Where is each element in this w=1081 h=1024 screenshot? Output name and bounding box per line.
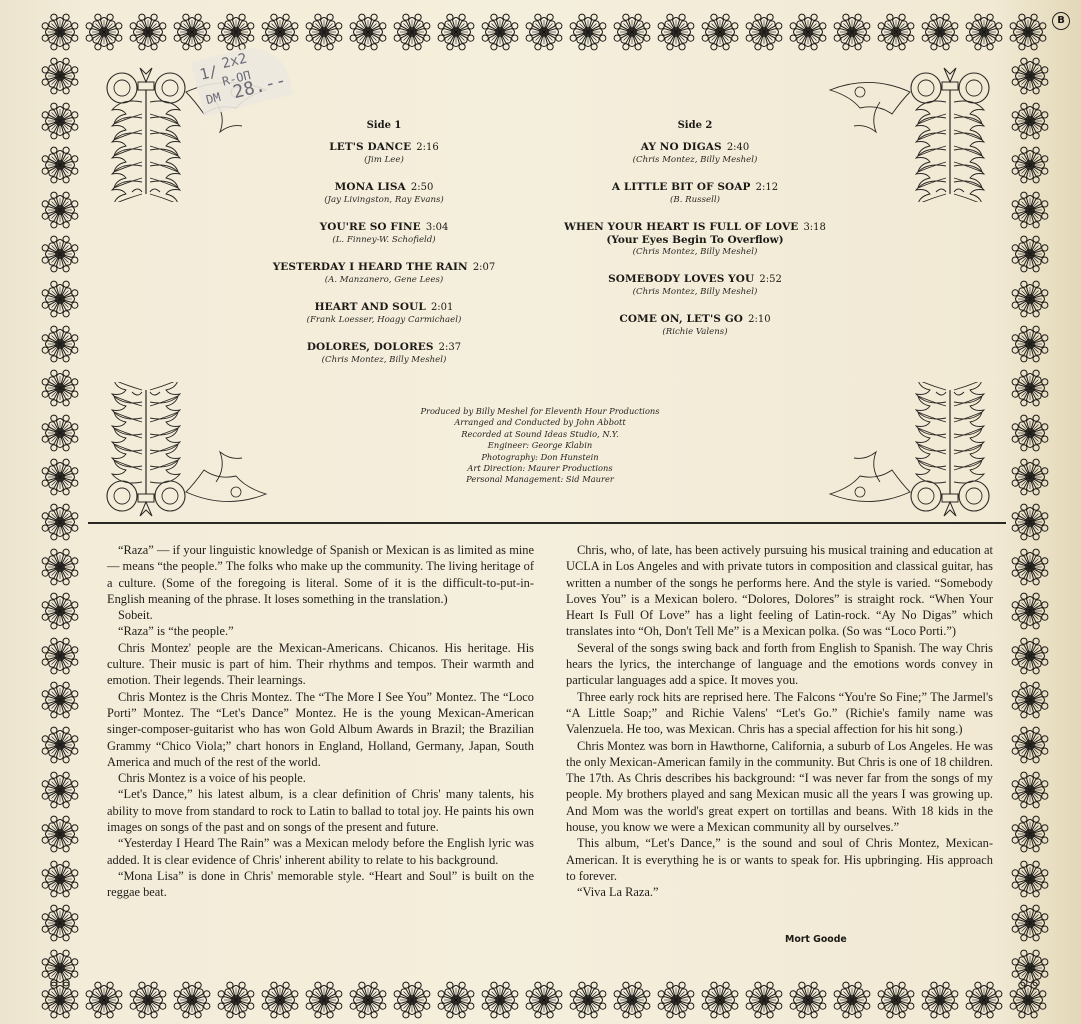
- side-1-tracklist: Side 1 LET'S DANCE 2:16(Jim Lee)MONA LIS…: [232, 120, 536, 379]
- liner-note-paragraph: Sobeit.: [107, 607, 534, 623]
- rosette-icon: [1008, 634, 1052, 679]
- credit-line: Engineer: George Klabin: [380, 440, 700, 451]
- track-duration: 2:12: [756, 182, 778, 193]
- rosette-border-right: [1008, 54, 1052, 990]
- rosette-icon: [38, 411, 82, 456]
- liner-note-paragraph: Chris Montez is the Chris Montez. The “T…: [107, 689, 534, 770]
- rosette-icon: [566, 10, 610, 54]
- track-songwriters: (Richie Valens): [530, 326, 860, 338]
- rosette-icon: [654, 10, 698, 54]
- rosette-icon: [1008, 54, 1052, 99]
- track-duration: 2:07: [473, 262, 495, 273]
- track-entry: SOMEBODY LOVES YOU 2:52(Chris Montez, Bi…: [530, 271, 860, 298]
- rosette-icon: [38, 322, 82, 367]
- track-title: HEART AND SOUL: [315, 301, 426, 313]
- author-signature: Mort Goode: [785, 934, 847, 945]
- track-duration: 2:37: [439, 342, 461, 353]
- rosette-icon: [38, 678, 82, 723]
- track-entry: YESTERDAY I HEARD THE RAIN 2:07(A. Manza…: [232, 259, 536, 286]
- rosette-icon: [830, 10, 874, 54]
- track-entry: DOLORES, DOLORES 2:37(Chris Montez, Bill…: [232, 339, 536, 366]
- rosette-icon: [38, 277, 82, 322]
- rosette-icon: [1008, 455, 1052, 500]
- rosette-icon: [38, 500, 82, 545]
- track-title: AY NO DIGAS: [641, 141, 722, 153]
- side-2-tracklist: Side 2 AY NO DIGAS 2:40(Chris Montez, Bi…: [530, 120, 860, 351]
- liner-note-paragraph: Chris Montez is a voice of his people.: [107, 770, 534, 786]
- rosette-icon: [38, 99, 82, 144]
- credit-line: Photography: Don Hunstein: [380, 452, 700, 463]
- track-entry: LET'S DANCE 2:16(Jim Lee): [232, 139, 536, 166]
- rosette-icon: [38, 901, 82, 946]
- rosette-icon: [302, 10, 346, 54]
- rosette-icon: [38, 366, 82, 411]
- track-songwriters: (Chris Montez, Billy Meshel): [232, 354, 536, 366]
- rosette-icon: [170, 10, 214, 54]
- rosette-icon: [1008, 901, 1052, 946]
- credit-line: Art Direction: Maurer Productions: [380, 463, 700, 474]
- track-duration: 2:52: [759, 274, 781, 285]
- track-duration: 3:18: [803, 222, 825, 233]
- liner-note-paragraph: Three early rock hits are reprised here.…: [566, 689, 993, 738]
- rosette-icon: [1008, 143, 1052, 188]
- rosette-icon: [522, 10, 566, 54]
- track-title: DOLORES, DOLORES: [307, 341, 434, 353]
- rosette-icon: [962, 10, 1006, 54]
- rosette-icon: [38, 54, 82, 99]
- rosette-icon: [1008, 500, 1052, 545]
- liner-notes-left-column: “Raza” — if your linguistic knowledge of…: [107, 542, 534, 901]
- rosette-icon: [38, 455, 82, 500]
- rosette-icon: [258, 10, 302, 54]
- rosette-icon: [1008, 589, 1052, 634]
- track-entry: YOU'RE SO FINE 3:04(L. Finney-W. Schofie…: [232, 219, 536, 246]
- track-entry: HEART AND SOUL 2:01(Frank Loesser, Hoagy…: [232, 299, 536, 326]
- liner-note-paragraph: “Viva La Raza.”: [566, 884, 993, 900]
- track-songwriters: (Chris Montez, Billy Meshel): [530, 246, 860, 258]
- track-songwriters: (Jim Lee): [232, 154, 536, 166]
- rosette-icon: [214, 978, 258, 1022]
- rosette-icon: [874, 10, 918, 54]
- rosette-icon: [874, 978, 918, 1022]
- rosette-icon: [38, 10, 82, 54]
- track-duration: 2:10: [748, 314, 770, 325]
- rosette-icon: [786, 978, 830, 1022]
- rosette-icon: [1006, 10, 1050, 54]
- rosette-icon: [126, 978, 170, 1022]
- rosette-icon: [786, 10, 830, 54]
- track-duration: 2:50: [411, 182, 433, 193]
- divider-rule: [88, 522, 1006, 524]
- track-entry: COME ON, LET'S GO 2:10(Richie Valens): [530, 311, 860, 338]
- rosette-icon: [82, 978, 126, 1022]
- rosette-icon: [38, 946, 82, 991]
- track-title: SOMEBODY LOVES YOU: [608, 273, 754, 285]
- track-title: MONA LISA: [335, 181, 406, 193]
- rosette-icon: [698, 978, 742, 1022]
- rosette-icon: [918, 10, 962, 54]
- track-subtitle: (Your Eyes Begin To Overflow): [530, 234, 860, 246]
- track-entry: WHEN YOUR HEART IS FULL OF LOVE 3:18(You…: [530, 219, 860, 258]
- track-duration: 2:01: [431, 302, 453, 313]
- track-songwriters: (Chris Montez, Billy Meshel): [530, 286, 860, 298]
- rosette-icon: [38, 589, 82, 634]
- rosette-icon: [302, 978, 346, 1022]
- rosette-icon: [1008, 188, 1052, 233]
- rosette-icon: [1008, 946, 1052, 991]
- track-entry: MONA LISA 2:50(Jay Livingston, Ray Evans…: [232, 179, 536, 206]
- rosette-icon: [390, 10, 434, 54]
- track-title: A LITTLE BIT OF SOAP: [612, 181, 751, 193]
- rosette-icon: [38, 812, 82, 857]
- track-entry: AY NO DIGAS 2:40(Chris Montez, Billy Mes…: [530, 139, 860, 166]
- rosette-icon: [962, 978, 1006, 1022]
- track-duration: 2:16: [416, 142, 438, 153]
- track-songwriters: (B. Russell): [530, 194, 860, 206]
- rosette-icon: [38, 768, 82, 813]
- sticker-text: DM: [205, 90, 222, 107]
- rosette-icon: [346, 10, 390, 54]
- track-entry: A LITTLE BIT OF SOAP 2:12(B. Russell): [530, 179, 860, 206]
- floral-ornament-bottom-right: [820, 382, 1000, 522]
- liner-note-paragraph: Chris Montez was born in Hawthorne, Cali…: [566, 738, 993, 836]
- production-credits: Produced by Billy Meshel for Eleventh Ho…: [380, 406, 700, 486]
- rosette-icon: [522, 978, 566, 1022]
- liner-note-paragraph: Chris, who, of late, has been actively p…: [566, 542, 993, 640]
- rosette-icon: [38, 723, 82, 768]
- rosette-icon: [1008, 812, 1052, 857]
- liner-note-paragraph: “Raza” is “the people.”: [107, 623, 534, 639]
- rosette-icon: [1008, 678, 1052, 723]
- floral-ornament-bottom-left: [96, 382, 276, 522]
- rosette-icon: [38, 232, 82, 277]
- liner-note-paragraph: This album, “Let's Dance,” is the sound …: [566, 835, 993, 884]
- track-title: YESTERDAY I HEARD THE RAIN: [273, 261, 468, 273]
- rosette-icon: [654, 978, 698, 1022]
- rosette-icon: [1008, 545, 1052, 590]
- rosette-icon: [82, 10, 126, 54]
- rosette-icon: [258, 978, 302, 1022]
- rosette-icon: [38, 634, 82, 679]
- rosette-icon: [610, 10, 654, 54]
- track-title: COME ON, LET'S GO: [619, 313, 743, 325]
- liner-note-paragraph: “Raza” — if your linguistic knowledge of…: [107, 542, 534, 607]
- rosette-icon: [1008, 277, 1052, 322]
- track-songwriters: (Chris Montez, Billy Meshel): [530, 154, 860, 166]
- rosette-icon: [38, 188, 82, 233]
- track-duration: 3:04: [426, 222, 448, 233]
- track-duration: 2:40: [727, 142, 749, 153]
- rosette-icon: [1008, 411, 1052, 456]
- track-songwriters: (A. Manzanero, Gene Lees): [232, 274, 536, 286]
- liner-note-paragraph: “Let's Dance,” his latest album, is a cl…: [107, 786, 534, 835]
- track-songwriters: (L. Finney-W. Schofield): [232, 234, 536, 246]
- rosette-icon: [1008, 366, 1052, 411]
- liner-notes-right-column: Chris, who, of late, has been actively p…: [566, 542, 993, 901]
- rosette-icon: [170, 978, 214, 1022]
- track-title: LET'S DANCE: [329, 141, 411, 153]
- track-songwriters: (Frank Loesser, Hoagy Carmichael): [232, 314, 536, 326]
- rosette-icon: [742, 10, 786, 54]
- credit-line: Recorded at Sound Ideas Studio, N.Y.: [380, 429, 700, 440]
- rosette-icon: [478, 978, 522, 1022]
- rosette-border-top: [38, 10, 1050, 54]
- rosette-icon: [830, 978, 874, 1022]
- rosette-border-bottom: [38, 978, 1050, 1022]
- rosette-icon: [610, 978, 654, 1022]
- rosette-border-left: [38, 54, 82, 990]
- rosette-icon: [434, 10, 478, 54]
- sticker-text: 1/: [198, 62, 220, 84]
- rosette-icon: [126, 10, 170, 54]
- rosette-icon: [918, 978, 962, 1022]
- credit-line: Personal Management: Sid Maurer: [380, 474, 700, 485]
- rosette-icon: [390, 978, 434, 1022]
- rosette-icon: [1008, 322, 1052, 367]
- track-title: YOU'RE SO FINE: [320, 221, 421, 233]
- liner-note-paragraph: “Mona Lisa” is done in Chris' memorable …: [107, 868, 534, 901]
- record-label-mark-icon: B: [1052, 12, 1070, 30]
- track-title: WHEN YOUR HEART IS FULL OF LOVE: [564, 221, 798, 233]
- side-heading: Side 1: [232, 120, 536, 131]
- liner-note-paragraph: “Yesterday I Heard The Rain” was a Mexic…: [107, 835, 534, 868]
- rosette-icon: [38, 857, 82, 902]
- rosette-icon: [1008, 768, 1052, 813]
- side-heading: Side 2: [530, 120, 860, 131]
- rosette-icon: [38, 545, 82, 590]
- rosette-icon: [742, 978, 786, 1022]
- rosette-icon: [1008, 99, 1052, 144]
- credit-line: Arranged and Conducted by John Abbott: [380, 417, 700, 428]
- rosette-icon: [346, 978, 390, 1022]
- liner-note-paragraph: Chris Montez' people are the Mexican-Ame…: [107, 640, 534, 689]
- rosette-icon: [38, 143, 82, 188]
- rosette-icon: [1008, 232, 1052, 277]
- track-songwriters: (Jay Livingston, Ray Evans): [232, 194, 536, 206]
- rosette-icon: [566, 978, 610, 1022]
- credit-line: Produced by Billy Meshel for Eleventh Ho…: [380, 406, 700, 417]
- liner-note-paragraph: Several of the songs swing back and fort…: [566, 640, 993, 689]
- rosette-icon: [1008, 857, 1052, 902]
- rosette-icon: [434, 978, 478, 1022]
- rosette-icon: [698, 10, 742, 54]
- rosette-icon: [478, 10, 522, 54]
- rosette-icon: [1008, 723, 1052, 768]
